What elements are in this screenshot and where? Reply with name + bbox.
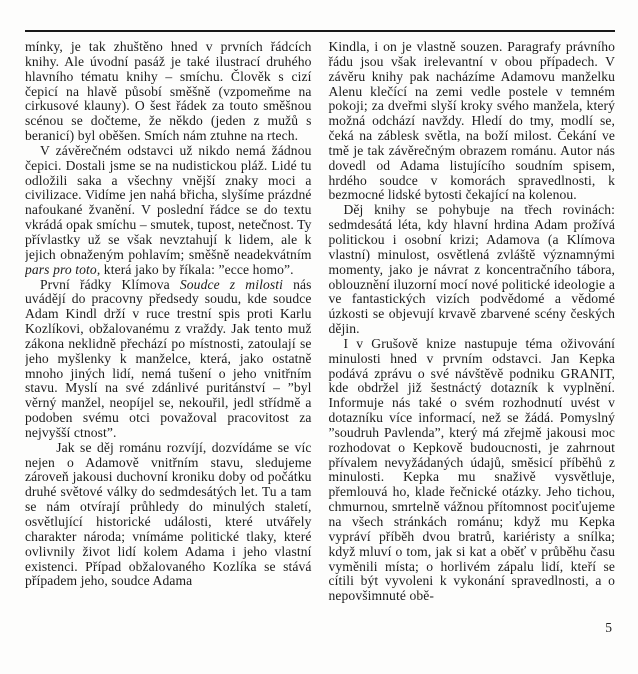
book-page: mínky, je tak zhuštěno hned v prvních řá…	[0, 0, 638, 674]
text-run: Jak se děj románu rozvíjí, dozvídáme se …	[25, 440, 312, 589]
text-run: První řádky Klímova	[40, 277, 180, 292]
paragraph: V závěrečném odstavci už nikdo nemá žádn…	[25, 144, 312, 278]
header-rule	[25, 30, 615, 32]
text-run: Děj knihy se pohybuje na třech rovinách:…	[329, 202, 616, 336]
paragraph: První řádky Klímova Soudce z milosti nás…	[25, 278, 312, 441]
paragraph: Jak se děj románu rozvíjí, dozvídáme se …	[25, 441, 312, 589]
paragraph: Kindla, i on je vlastně souzen. Paragraf…	[329, 40, 616, 203]
text-run: V závěrečném odstavci už nikdo nemá žádn…	[25, 143, 312, 262]
text-column-left: mínky, je tak zhuštěno hned v prvních řá…	[25, 40, 312, 622]
text-run: mínky, je tak zhuštěno hned v prvních řá…	[25, 40, 312, 143]
text-column-right: Kindla, i on je vlastně souzen. Paragraf…	[329, 40, 616, 622]
text-run: , která jako by říkala: ”ecce homo”.	[97, 262, 294, 277]
text-run: Kindla, i on je vlastně souzen. Paragraf…	[329, 40, 616, 202]
text-run: I v Grušově knize nastupuje téma oživová…	[329, 336, 616, 603]
book-title-italic: pars pro toto	[25, 262, 97, 277]
two-column-text: mínky, je tak zhuštěno hned v prvních řá…	[25, 40, 615, 622]
paragraph: I v Grušově knize nastupuje téma oživová…	[329, 337, 616, 604]
book-title-italic: Soudce z milosti	[180, 277, 283, 292]
paragraph: Děj knihy se pohybuje na třech rovinách:…	[329, 203, 616, 337]
text-run: nás uvádějí do pracovny předsedy soudu, …	[25, 277, 312, 440]
paragraph: mínky, je tak zhuštěno hned v prvních řá…	[25, 40, 312, 144]
page-number: 5	[605, 620, 612, 635]
